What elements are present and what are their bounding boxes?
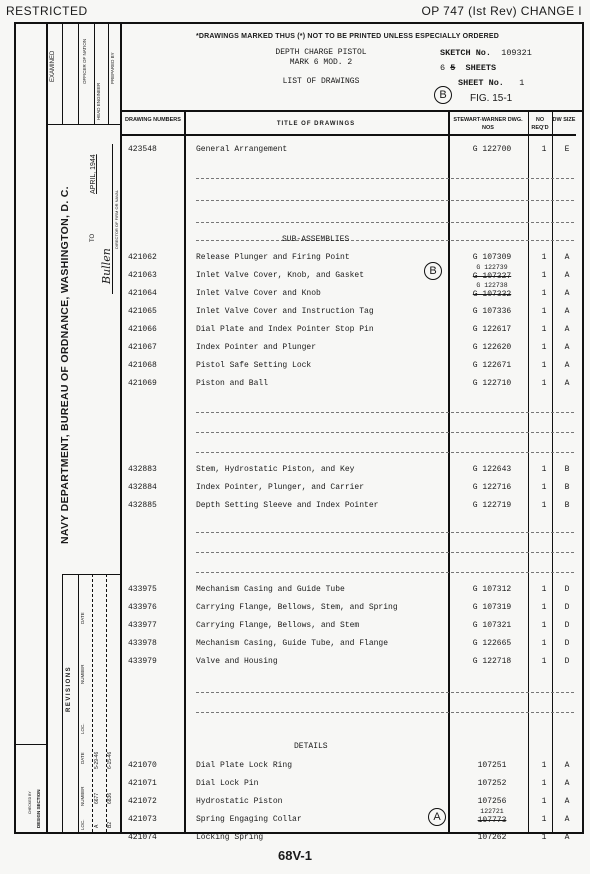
drawing-title: Index Pointer, Plunger, and Carrier: [196, 483, 364, 492]
drawing-size: B: [556, 483, 578, 492]
blank-row-line: [196, 412, 574, 413]
drawing-title: Mechanism Casing, Guide Tube, and Flange: [196, 639, 388, 648]
blank-row-line: [196, 532, 574, 533]
drawing-number: 421070: [128, 761, 157, 770]
table-row: 421069 Piston and Ball G 122710 1 A: [122, 376, 582, 391]
drawing-number: 432883: [128, 465, 157, 474]
blank-row-line: [196, 552, 574, 553]
revision-mark-a: A: [428, 808, 446, 826]
drawing-title: Index Pointer and Plunger: [196, 343, 316, 352]
sheet-number: SHEET No. 1: [458, 78, 524, 88]
table-row: 421063 Inlet Valve Cover, Knob, and Gask…: [122, 268, 582, 283]
rev-2-date: 6-15-46: [107, 752, 113, 769]
sw-dwg-no: G 122643: [452, 465, 532, 474]
revision-mark-b: B: [424, 262, 442, 280]
qty-required: 1: [532, 833, 556, 842]
drawing-number: 433978: [128, 639, 157, 648]
drawing-title: Locking Spring: [196, 833, 263, 842]
sw-dwg-no: G 107309: [452, 253, 532, 262]
qty-required: 1: [532, 253, 556, 262]
signature-line: [112, 144, 113, 294]
sw-dwg-no: G 107321: [452, 621, 532, 630]
item-title-line1: DEPTH CHARGE PISTOL: [256, 48, 386, 58]
qty-required: 1: [532, 761, 556, 770]
qty-required: 1: [532, 145, 556, 154]
table-row: 421066 Dial Plate and Index Pointer Stop…: [122, 322, 582, 337]
blank-row-line: [196, 222, 574, 223]
qty-required: 1: [532, 603, 556, 612]
header-drawing-numbers: DRAWING NUMBERS: [122, 112, 184, 136]
page-footer-code: 68V-1: [0, 848, 590, 863]
drawing-size: A: [556, 253, 578, 262]
drawing-title: Dial Plate Lock Ring: [196, 761, 292, 770]
sketch-number: SKETCH No. 109321: [440, 48, 532, 58]
qty-required: 1: [532, 307, 556, 316]
blank-row-line: [196, 692, 574, 693]
qty-required: 1: [532, 815, 556, 824]
sw-dwg-no-struck: G 107327: [452, 272, 532, 281]
classification-label: RESTRICTED: [6, 4, 88, 18]
sketch-value: 109321: [501, 48, 532, 58]
to-label: TO: [90, 234, 96, 242]
drawing-size: D: [556, 585, 578, 594]
sw-dwg-no: 107262: [452, 833, 532, 842]
drawing-size: A: [556, 761, 578, 770]
drawing-number: 421068: [128, 361, 157, 370]
qty-required: 1: [532, 639, 556, 648]
drawing-size: A: [556, 271, 578, 280]
figure-label: FIG. 15-1: [470, 93, 512, 104]
department-title: NAVY DEPARTMENT, BUREAU OF ORDNANCE, WAS…: [59, 186, 71, 544]
details-label: DETAILS: [294, 742, 328, 751]
table-row: 432883 Stem, Hydrostatic Piston, and Key…: [122, 462, 582, 477]
sw-dwg-no: 107256: [452, 797, 532, 806]
drawing-title: Hydrostatic Piston: [196, 797, 282, 806]
table-row: 421071 Dial Lock Pin 107252 1 A: [122, 776, 582, 791]
qty-required: 1: [532, 621, 556, 630]
sw-dwg-no: G 122671: [452, 361, 532, 370]
design-section-top: [16, 744, 48, 745]
drawing-number: 433979: [128, 657, 157, 666]
drawing-title: Depth Setting Sleeve and Index Pointer: [196, 501, 378, 510]
qty-required: 1: [532, 325, 556, 334]
revisions-col: [92, 574, 93, 832]
blank-row-line: [196, 240, 574, 241]
sw-dwg-no: G 122700: [452, 145, 532, 154]
drawing-number: 433975: [128, 585, 157, 594]
drawing-title: Inlet Valve Cover and Knob: [196, 289, 321, 298]
rev-1-loc: A: [94, 825, 100, 828]
design-section-label: DESIGN SECTION: [36, 789, 41, 828]
subassemblies-label: SUB-ASSEMBLIES: [282, 235, 349, 244]
table-row: 432884 Index Pointer, Plunger, and Carri…: [122, 480, 582, 495]
sw-dwg-no: G 122718: [452, 657, 532, 666]
drawing-title: General Arrangement: [196, 145, 287, 154]
blank-row-line: [196, 200, 574, 201]
table-row: 421067 Index Pointer and Plunger G 12262…: [122, 340, 582, 355]
blank-row-line: [196, 432, 574, 433]
blank-row-line: [196, 178, 574, 179]
examined-col: [94, 24, 95, 124]
drawing-size: D: [556, 639, 578, 648]
list-title: LIST OF DRAWINGS: [256, 77, 386, 86]
examined-label: EXAMINED: [50, 51, 56, 82]
drawing-number: 423548: [128, 145, 157, 154]
drawing-number: 421071: [128, 779, 157, 788]
examined-sub-label: OFFICER OF NATION: [82, 39, 87, 84]
design-col: [46, 24, 48, 832]
rev-header-date: DATE: [80, 752, 85, 764]
blank-row-line: [196, 712, 574, 713]
qty-required: 1: [532, 379, 556, 388]
qty-required: 1: [532, 465, 556, 474]
header-no-reqd: NO REQ'D: [528, 112, 552, 136]
drawing-size: A: [556, 361, 578, 370]
approval-date: APRIL, 1944: [90, 154, 97, 194]
signature-label: DIRECTOR OF FIRM OR NAVAL: [114, 190, 119, 249]
item-title: DEPTH CHARGE PISTOL MARK 6 MOD. 2: [256, 48, 386, 68]
drawing-title: Inlet Valve Cover, Knob, and Gasket: [196, 271, 364, 280]
sheet-no-label: SHEET No.: [458, 78, 504, 88]
table-row: 421072 Hydrostatic Piston 107256 1 A: [122, 794, 582, 809]
examined-col: [108, 24, 109, 124]
sw-dwg-no: G 122738: [452, 282, 532, 289]
table-row: 433976 Carrying Flange, Bellows, Stem, a…: [122, 600, 582, 615]
print-note: *DRAWINGS MARKED THUS (*) NOT TO BE PRIN…: [196, 33, 499, 40]
drawing-number: 421062: [128, 253, 157, 262]
sw-dwg-no: 107252: [452, 779, 532, 788]
sw-dwg-no: G 122665: [452, 639, 532, 648]
drawing-size: A: [556, 779, 578, 788]
sw-dwg-no: G 107312: [452, 585, 532, 594]
table-row: 421070 Dial Plate Lock Ring 107251 1 A: [122, 758, 582, 773]
item-title-line2: MARK 6 MOD. 2: [256, 58, 386, 68]
drawing-title: Release Plunger and Firing Point: [196, 253, 350, 262]
examined-col: [62, 24, 63, 124]
qty-required: 1: [532, 657, 556, 666]
rev-header-loc-2: LOC.: [80, 723, 85, 734]
sheets-label: SHEETS: [466, 63, 497, 73]
publication-label: OP 747 (Ist Rev) CHANGE I: [422, 4, 583, 18]
sw-dwg-no-struck: 107773: [452, 816, 532, 825]
sheets-struck-value: 5: [450, 63, 455, 73]
drawings-table: DRAWING NUMBERS TITLE OF DRAWINGS STEWAR…: [122, 110, 582, 832]
drawing-title: Dial Plate and Index Pointer Stop Pin: [196, 325, 374, 334]
rev-header-date-2: DATE: [80, 612, 85, 624]
table-row: 421064 Inlet Valve Cover and Knob G 1227…: [122, 286, 582, 301]
table-row: 421074 Locking Spring 107262 1 A: [122, 830, 582, 845]
drawing-number: 421069: [128, 379, 157, 388]
sheets-value: 6: [440, 63, 445, 73]
drawing-number: 421074: [128, 833, 157, 842]
rev-1-number: 6677: [94, 793, 100, 804]
drawing-title: Inlet Valve Cover and Instruction Tag: [196, 307, 374, 316]
header-title: TITLE OF DRAWINGS: [184, 112, 448, 136]
rev-2-number: 6836: [107, 793, 113, 804]
head-engineer-label: HEAD ENGINEER: [96, 83, 101, 120]
sheet-no-value: 1: [519, 78, 524, 88]
qty-required: 1: [532, 483, 556, 492]
examined-divider: [46, 124, 122, 125]
table-row: 432885 Depth Setting Sleeve and Index Po…: [122, 498, 582, 513]
qty-required: 1: [532, 361, 556, 370]
drawing-size: A: [556, 289, 578, 298]
sw-dwg-no: G 122716: [452, 483, 532, 492]
drawing-number: 421067: [128, 343, 157, 352]
drawing-size: A: [556, 307, 578, 316]
drawing-size: A: [556, 797, 578, 806]
drawing-title: Piston and Ball: [196, 379, 268, 388]
sketch-label: SKETCH No.: [440, 48, 491, 58]
qty-required: 1: [532, 797, 556, 806]
rev-header-number: NUMBER: [80, 786, 85, 806]
drawing-number: 421066: [128, 325, 157, 334]
examined-col: [78, 24, 79, 124]
table-row: 433975 Mechanism Casing and Guide Tube G…: [122, 582, 582, 597]
revisions-col: [62, 574, 63, 832]
drawing-number: 421063: [128, 271, 157, 280]
drawing-number: 421073: [128, 815, 157, 824]
sw-dwg-no: 122721: [452, 808, 532, 815]
table-row: 433978 Mechanism Casing, Guide Tube, and…: [122, 636, 582, 651]
drawing-title: Carrying Flange, Bellows, Stem, and Spri…: [196, 603, 398, 612]
drawing-size: A: [556, 379, 578, 388]
drawing-number: 421064: [128, 289, 157, 298]
sw-dwg-no: G 122739: [452, 264, 532, 271]
drawing-size: B: [556, 465, 578, 474]
sw-dwg-no: G 122710: [452, 379, 532, 388]
drawing-title: Stem, Hydrostatic Piston, and Key: [196, 465, 354, 474]
sw-dwg-no: G 107319: [452, 603, 532, 612]
drawing-number: 433976: [128, 603, 157, 612]
drawing-title: Mechanism Casing and Guide Tube: [196, 585, 345, 594]
drawing-title: Carrying Flange, Bellows, and Stem: [196, 621, 359, 630]
drawing-title: Dial Lock Pin: [196, 779, 258, 788]
drawing-number: 421072: [128, 797, 157, 806]
table-row: 433977 Carrying Flange, Bellows, and Ste…: [122, 618, 582, 633]
table-row: 423548 General Arrangement G 122700 1 E: [122, 142, 582, 157]
rev-header-loc: LOC.: [80, 819, 85, 830]
drawing-title: Spring Engaging Collar: [196, 815, 302, 824]
design-section-sub: CHECKED BY: [28, 791, 32, 814]
drawing-number: 433977: [128, 621, 157, 630]
drawing-number: 421065: [128, 307, 157, 316]
drawing-size: E: [556, 145, 578, 154]
prepared-label: PREPARED BY: [110, 52, 115, 84]
drawing-number: 432885: [128, 501, 157, 510]
qty-required: 1: [532, 501, 556, 510]
rev-2-loc: B2: [107, 822, 113, 828]
drawing-size: A: [556, 815, 578, 824]
sw-dwg-no: 107251: [452, 761, 532, 770]
header-dw-size: DW SIZE: [552, 112, 576, 136]
drawing-list-sheet: EXAMINED OFFICER OF NATION HEAD ENGINEER…: [14, 22, 584, 834]
drawing-size: B: [556, 501, 578, 510]
revisions-title: REVISIONS: [66, 666, 72, 712]
sw-dwg-no: G 122719: [452, 501, 532, 510]
rev-header-number-2: NUMBER: [80, 664, 85, 684]
revision-mark-header: B: [434, 86, 452, 104]
table-row: 421073 Spring Engaging Collar 122721 107…: [122, 812, 582, 827]
table-row: 421065 Inlet Valve Cover and Instruction…: [122, 304, 582, 319]
sw-dwg-no: G 122620: [452, 343, 532, 352]
qty-required: 1: [532, 585, 556, 594]
drawing-size: D: [556, 621, 578, 630]
qty-required: 1: [532, 289, 556, 298]
blank-row-line: [196, 452, 574, 453]
sw-dwg-no-struck: G 107332: [452, 290, 532, 299]
drawing-size: A: [556, 325, 578, 334]
sheets-count: 6 5 SHEETS: [440, 63, 496, 73]
drawing-size: D: [556, 603, 578, 612]
table-row: 433979 Valve and Housing G 122718 1 D: [122, 654, 582, 669]
drawing-number: 432884: [128, 483, 157, 492]
drawing-title: Pistol Safe Setting Lock: [196, 361, 311, 370]
blank-row-line: [196, 572, 574, 573]
sw-dwg-no: G 122617: [452, 325, 532, 334]
drawing-size: A: [556, 343, 578, 352]
revisions-col: [78, 574, 79, 832]
header-stewart-warner: STEWART-WARNER DWG. NOS: [448, 112, 528, 136]
drawing-title: Valve and Housing: [196, 657, 278, 666]
qty-required: 1: [532, 779, 556, 788]
qty-required: 1: [532, 343, 556, 352]
drawing-size: A: [556, 833, 578, 842]
qty-required: 1: [532, 271, 556, 280]
drawing-size: D: [556, 657, 578, 666]
sw-dwg-no: G 107336: [452, 307, 532, 316]
table-row: 421062 Release Plunger and Firing Point …: [122, 250, 582, 265]
rev-1-date: 5-29-46: [94, 752, 100, 769]
table-row: 421068 Pistol Safe Setting Lock G 122671…: [122, 358, 582, 373]
